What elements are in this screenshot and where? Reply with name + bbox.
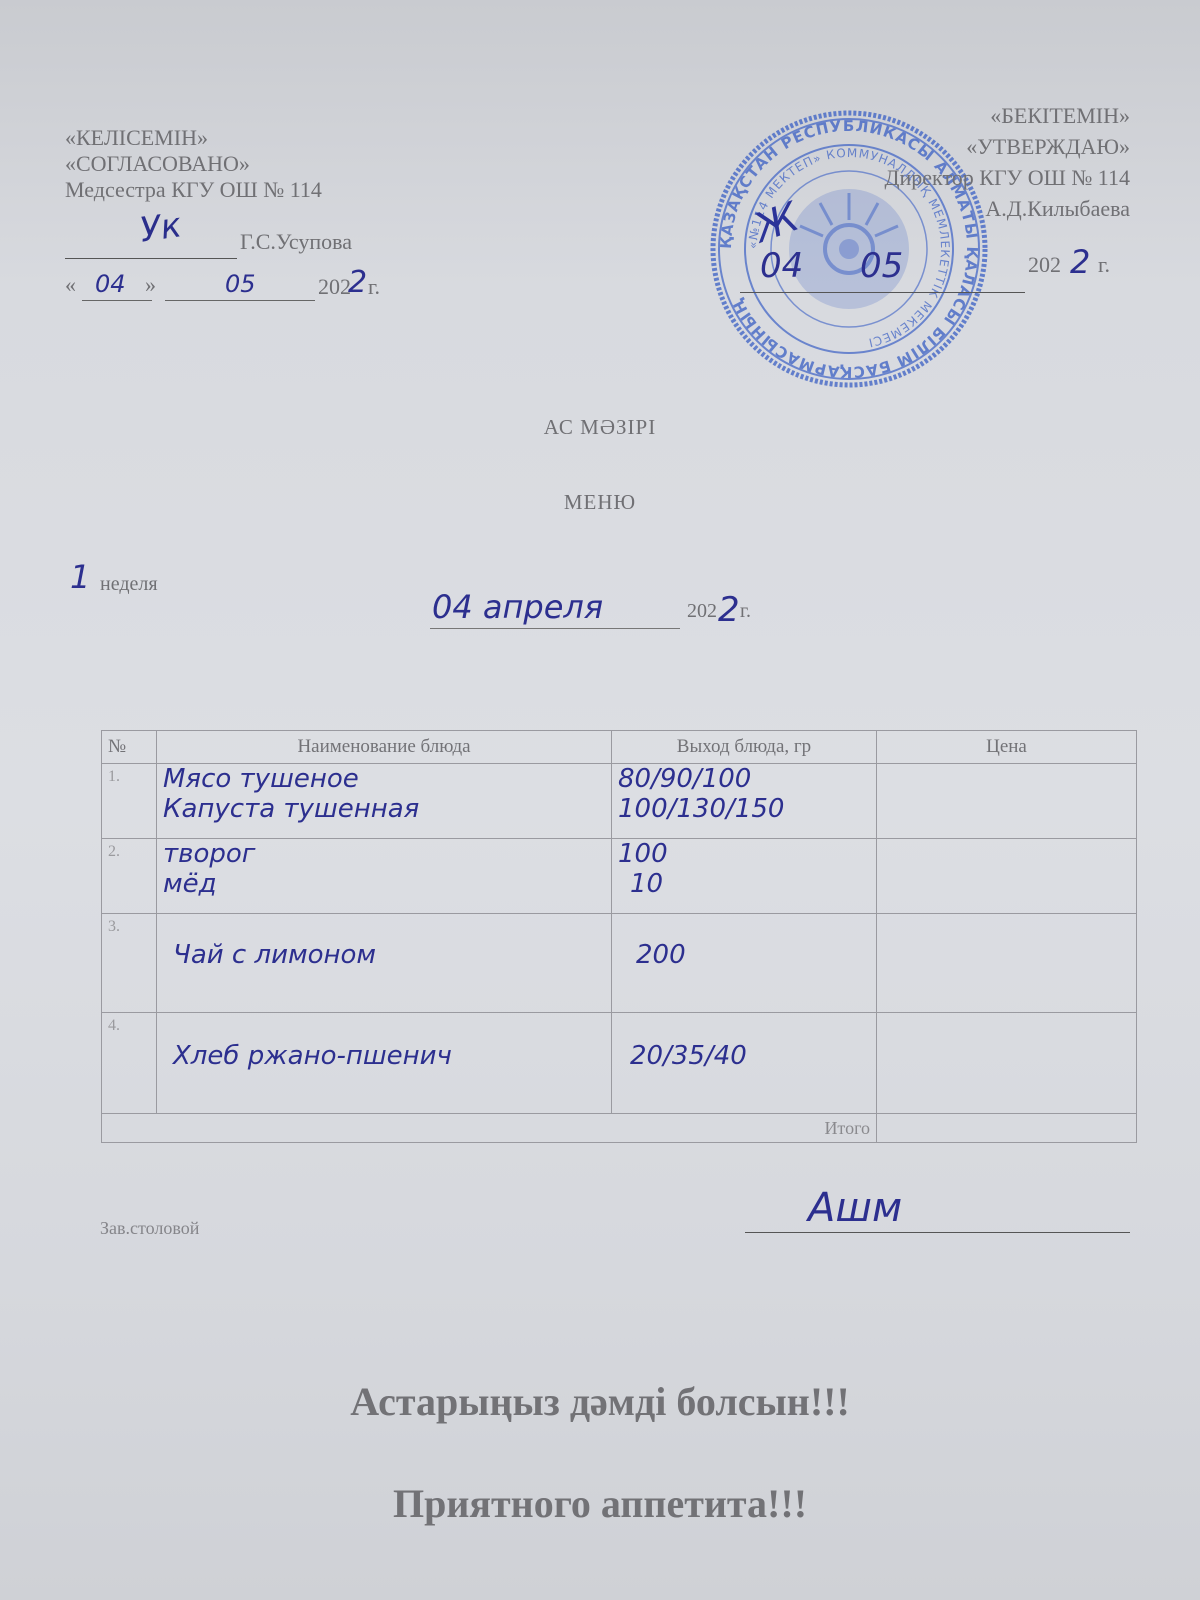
- right-approval-position: Директор КГУ ОШ № 114: [885, 162, 1131, 193]
- right-date-year-digit: 2: [1070, 243, 1090, 281]
- week-number: 1: [70, 558, 90, 596]
- price-cell: [877, 1013, 1137, 1114]
- left-approver-name: Г.С.Усупова: [240, 229, 352, 255]
- dish-cell: Мясо тушеное Капуста тушенная: [157, 764, 612, 839]
- week-label: неделя: [100, 573, 158, 596]
- table-header-row: № Наименование блюда Выход блюда, гр Цен…: [102, 731, 1137, 764]
- left-date-open-quote: «: [65, 272, 76, 298]
- dish-yield: 80/90/100: [618, 764, 870, 794]
- table-row: 4. Хлеб ржано-пшенич 20/35/40: [102, 1013, 1137, 1114]
- left-approval-kazakh: «КЕЛІСЕМІН»: [65, 125, 322, 151]
- menu-date-year-suffix: г.: [740, 600, 751, 623]
- row-number: 4.: [102, 1013, 157, 1114]
- dish-name: Хлеб ржано-пшенич: [163, 1041, 605, 1071]
- right-approval-block: «БЕКІТЕМІН» «УТВЕРЖДАЮ» Директор КГУ ОШ …: [885, 100, 1131, 224]
- dish-yield: 100/130/150: [618, 794, 870, 824]
- dish-name: Чай с лимоном: [163, 940, 605, 970]
- table-row: 1. Мясо тушеное Капуста тушенная 80/90/1…: [102, 764, 1137, 839]
- menu-date-day-month: 04 апреля: [432, 588, 603, 626]
- table-row: 2. творог мёд 100 10: [102, 839, 1137, 914]
- left-date-year-suffix: г.: [368, 274, 380, 300]
- menu-title-russian: МЕНЮ: [0, 490, 1200, 515]
- left-date-year-prefix: 202: [318, 274, 351, 300]
- left-signature-line: [65, 258, 237, 259]
- dish-name: мёд: [163, 869, 605, 899]
- left-month-line: [165, 300, 315, 301]
- right-approval-kazakh: «БЕКІТЕМІН»: [885, 100, 1131, 131]
- menu-title-kazakh: АС МӘЗІРІ: [0, 415, 1200, 440]
- menu-date-line: [430, 628, 680, 629]
- dish-yield: 200: [618, 940, 870, 970]
- footer-russian-greeting: Приятного аппетита!!!: [0, 1480, 1200, 1527]
- menu-date-year-digit: 2: [718, 590, 740, 630]
- column-header-price: Цена: [877, 731, 1137, 764]
- right-date-month: 05: [860, 246, 903, 286]
- left-day-line: [82, 300, 152, 301]
- row-number: 2.: [102, 839, 157, 914]
- left-date-day: 04: [95, 270, 126, 298]
- dish-name: Мясо тушеное: [163, 764, 605, 794]
- dish-name: Капуста тушенная: [163, 794, 605, 824]
- right-date-line: [740, 292, 1025, 293]
- footer-kazakh-greeting: Астарыңыз дәмді болсын!!!: [0, 1378, 1200, 1425]
- dish-cell: Хлеб ржано-пшенич: [157, 1013, 612, 1114]
- left-approval-russian: «СОГЛАСОВАНО»: [65, 151, 322, 177]
- column-header-number: №: [102, 731, 157, 764]
- yield-cell: 200: [612, 914, 877, 1013]
- column-header-yield: Выход блюда, гр: [612, 731, 877, 764]
- left-approval-block: «КЕЛІСЕМІН» «СОГЛАСОВАНО» Медсестра КГУ …: [65, 125, 322, 203]
- price-cell: [877, 764, 1137, 839]
- column-header-dish-name: Наименование блюда: [157, 731, 612, 764]
- price-cell: [877, 839, 1137, 914]
- right-date-year-suffix: г.: [1098, 252, 1110, 278]
- price-cell: [877, 914, 1137, 1013]
- yield-cell: 80/90/100 100/130/150: [612, 764, 877, 839]
- table-total-row: Итого: [102, 1114, 1137, 1143]
- dish-name: творог: [163, 839, 605, 869]
- row-number: 3.: [102, 914, 157, 1013]
- right-date-year-prefix: 202: [1028, 252, 1061, 278]
- canteen-manager-label: Зав.столовой: [100, 1218, 199, 1239]
- canteen-manager-signature: Ашм: [808, 1185, 902, 1231]
- left-approval-position: Медсестра КГУ ОШ № 114: [65, 177, 322, 203]
- left-signature: Ук: [137, 205, 183, 250]
- total-label: Итого: [102, 1114, 877, 1143]
- dish-cell: Чай с лимоном: [157, 914, 612, 1013]
- left-date-year-digit: 2: [348, 265, 367, 300]
- table-row: 3. Чай с лимоном 200: [102, 914, 1137, 1013]
- row-number: 1.: [102, 764, 157, 839]
- right-approval-russian: «УТВЕРЖДАЮ»: [885, 131, 1131, 162]
- total-value: [877, 1114, 1137, 1143]
- dish-yield: 100: [618, 839, 870, 869]
- dish-cell: творог мёд: [157, 839, 612, 914]
- menu-table: № Наименование блюда Выход блюда, гр Цен…: [101, 730, 1137, 1143]
- yield-cell: 100 10: [612, 839, 877, 914]
- menu-date-year-prefix: 202: [687, 600, 717, 623]
- right-date-day: 04: [760, 246, 803, 286]
- left-date-close-quote: »: [145, 272, 156, 298]
- dish-yield: 10: [618, 869, 870, 899]
- left-date-month: 05: [225, 270, 256, 298]
- canteen-manager-signature-line: [745, 1232, 1130, 1233]
- yield-cell: 20/35/40: [612, 1013, 877, 1114]
- dish-yield: 20/35/40: [618, 1041, 870, 1071]
- right-approver-name: А.Д.Килыбаева: [885, 193, 1131, 224]
